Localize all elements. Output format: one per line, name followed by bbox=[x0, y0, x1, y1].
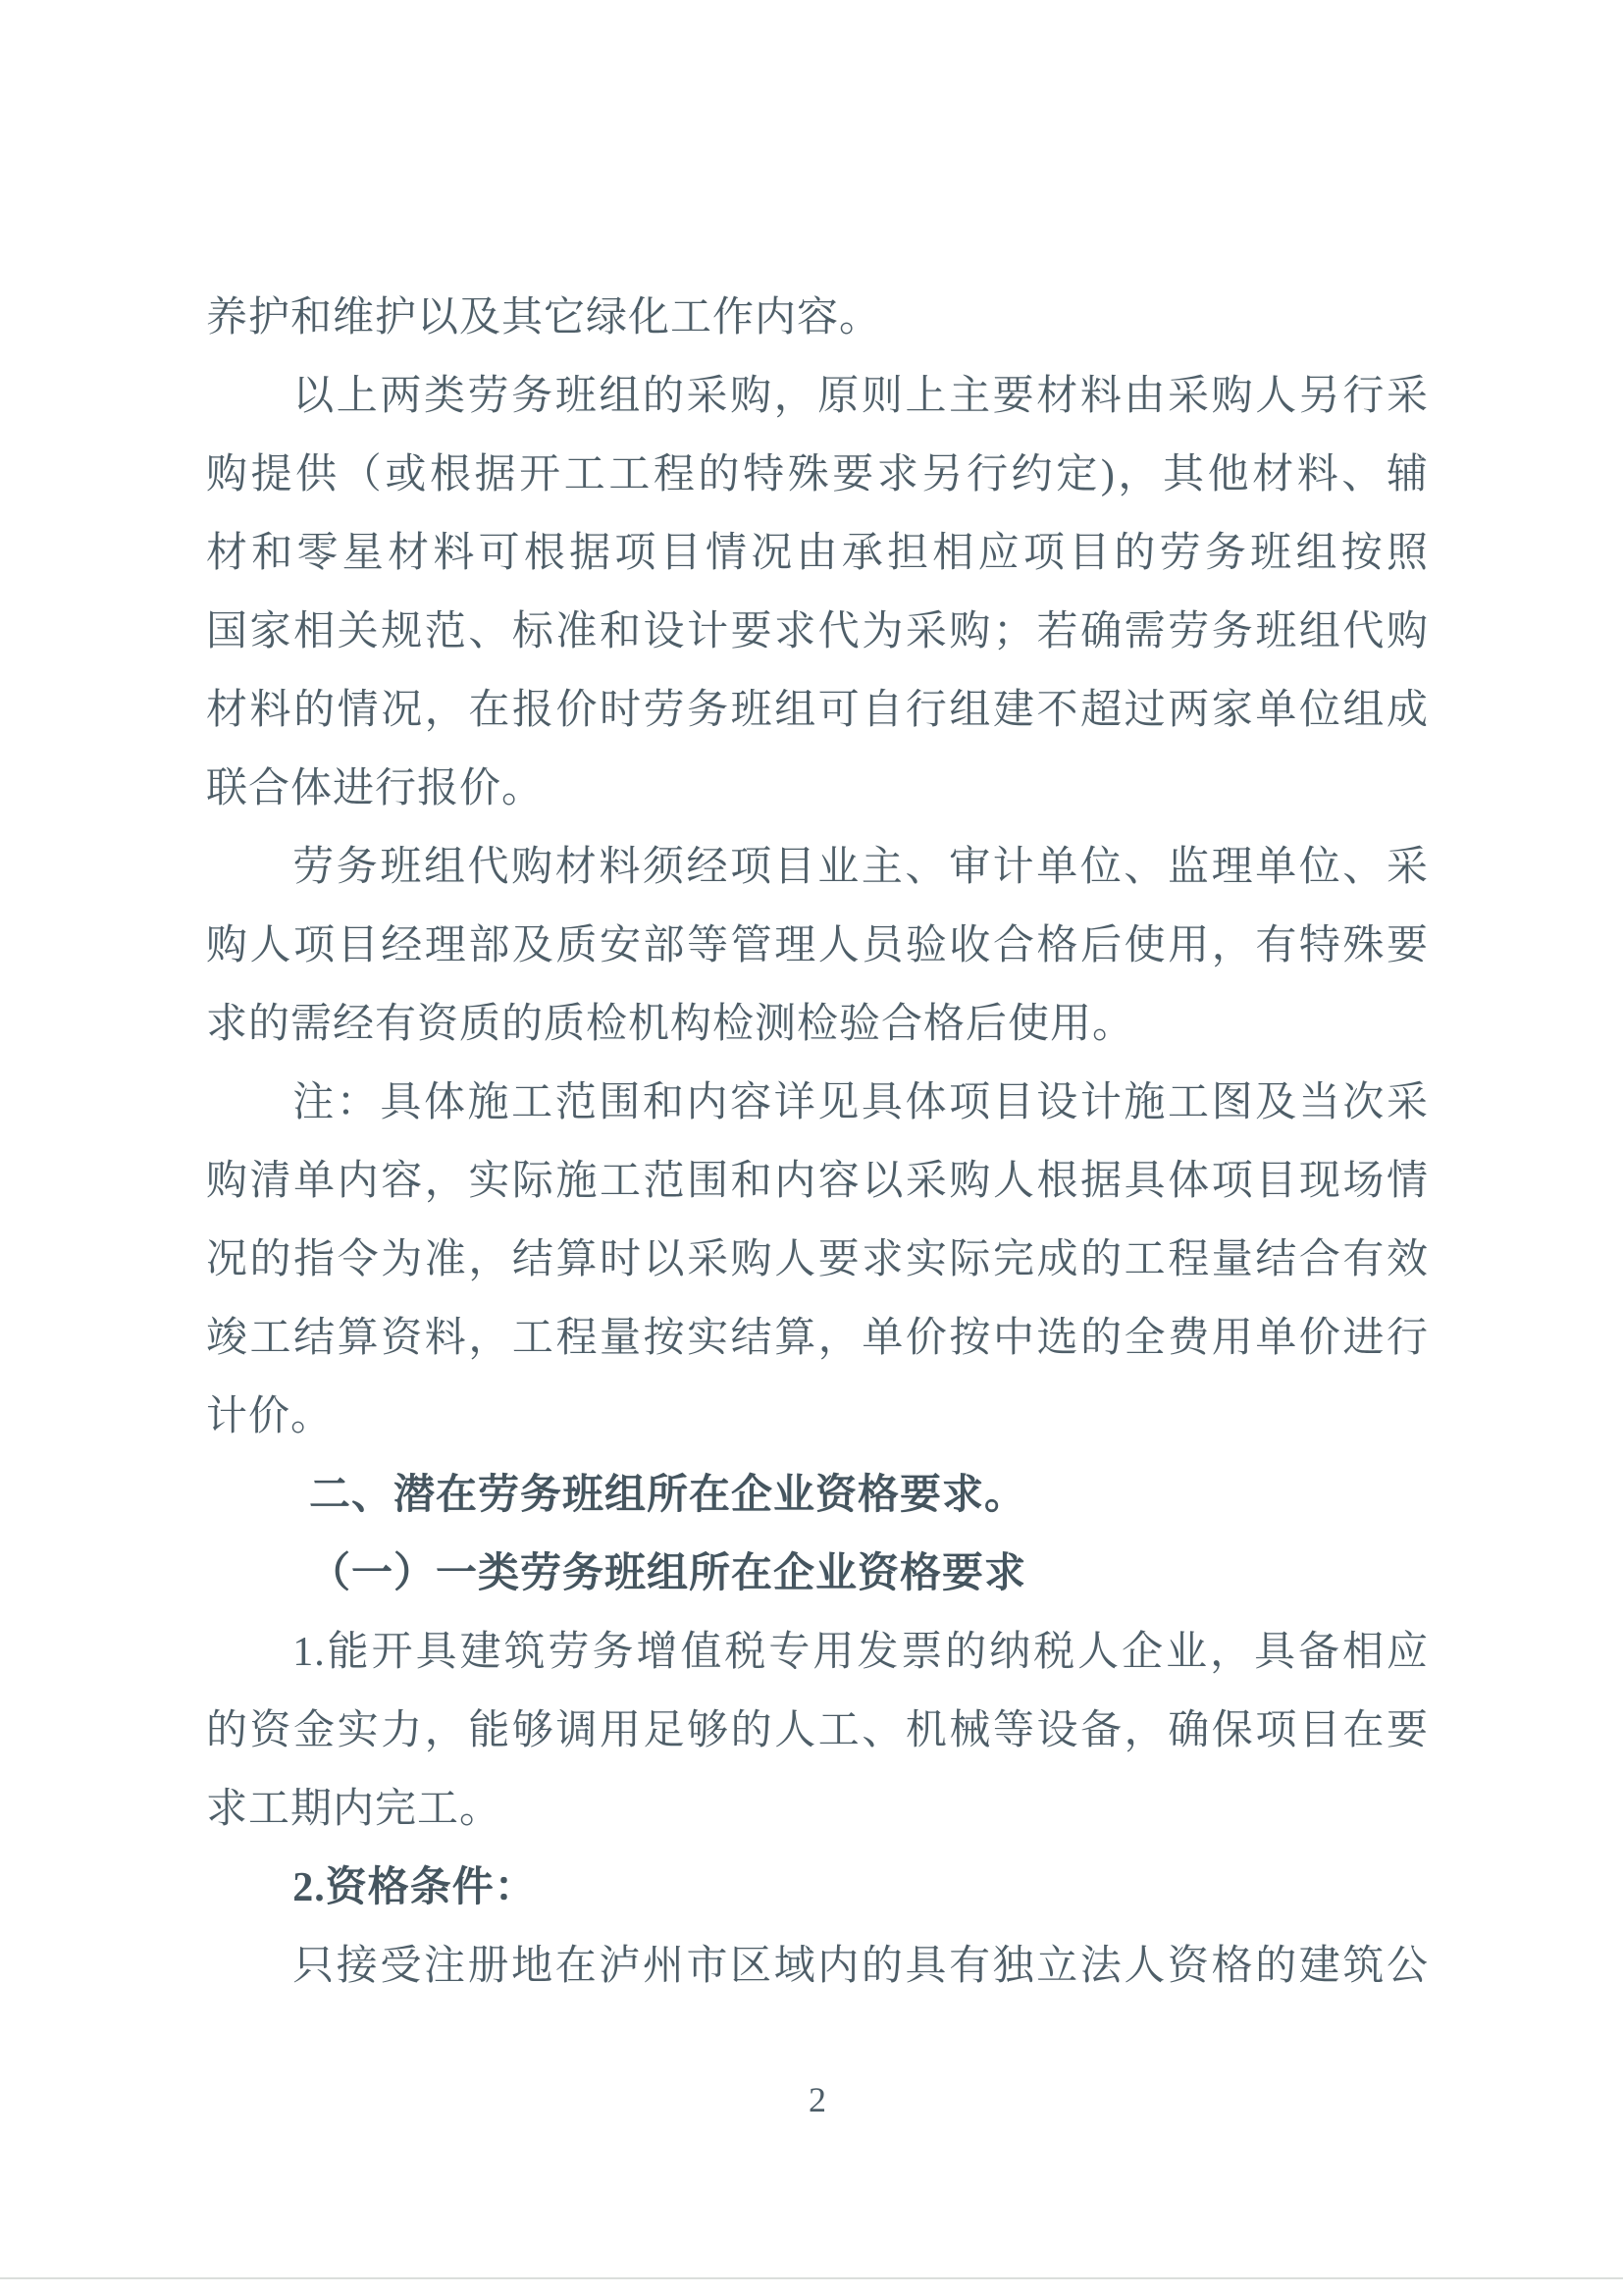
scan-edge-line bbox=[0, 2277, 1623, 2279]
document-line: 联合体进行报价。 bbox=[206, 750, 1429, 828]
document-line: 劳务班组代购材料须经项目业主、审计单位、监理单位、采 bbox=[206, 828, 1429, 907]
document-line: 1.能开具建筑劳务增值税专用发票的纳税人企业，具备相应 bbox=[206, 1613, 1429, 1692]
document-line: 求工期内完工。 bbox=[206, 1770, 1429, 1849]
document-line: 以上两类劳务班组的采购，原则上主要材料由采购人另行采 bbox=[206, 357, 1429, 436]
document-line: 养护和维护以及其它绿化工作内容。 bbox=[206, 279, 1429, 357]
document-page: 养护和维护以及其它绿化工作内容。以上两类劳务班组的采购，原则上主要材料由采购人另… bbox=[0, 0, 1623, 2296]
page-number: 2 bbox=[206, 2072, 1429, 2127]
document-line: 国家相关规范、标准和设计要求代为采购；若确需劳务班组代购 bbox=[206, 593, 1429, 671]
document-line: 计价。 bbox=[206, 1378, 1429, 1456]
document-line: 竣工结算资料，工程量按实结算，单价按中选的全费用单价进行 bbox=[206, 1299, 1429, 1378]
document-line: 购清单内容，实际施工范围和内容以采购人根据具体项目现场情 bbox=[206, 1142, 1429, 1221]
document-line: 求的需经有资质的质检机构检测检验合格后使用。 bbox=[206, 985, 1429, 1064]
document-line: 购提供（或根据开工工程的特殊要求另行约定)，其他材料、辅 bbox=[206, 436, 1429, 514]
document-body: 养护和维护以及其它绿化工作内容。以上两类劳务班组的采购，原则上主要材料由采购人另… bbox=[206, 279, 1429, 2006]
document-heading-line: （一）一类劳务班组所在企业资格要求 bbox=[206, 1535, 1429, 1613]
document-line: 的资金实力，能够调用足够的人工、机械等设备，确保项目在要 bbox=[206, 1692, 1429, 1770]
document-line: 况的指令为准，结算时以采购人要求实际完成的工程量结合有效 bbox=[206, 1221, 1429, 1299]
document-line: 材料的情况，在报价时劳务班组可自行组建不超过两家单位组成 bbox=[206, 671, 1429, 750]
document-heading-line: 2.资格条件： bbox=[206, 1849, 1429, 1927]
document-line: 材和零星材料可根据项目情况由承担相应项目的劳务班组按照 bbox=[206, 514, 1429, 593]
document-line: 只接受注册地在泸州市区域内的具有独立法人资格的建筑公 bbox=[206, 1927, 1429, 2006]
document-heading-line: 二、潜在劳务班组所在企业资格要求。 bbox=[206, 1456, 1429, 1535]
document-line: 注：具体施工范围和内容详见具体项目设计施工图及当次采 bbox=[206, 1064, 1429, 1142]
document-line: 购人项目经理部及质安部等管理人员验收合格后使用，有特殊要 bbox=[206, 907, 1429, 985]
